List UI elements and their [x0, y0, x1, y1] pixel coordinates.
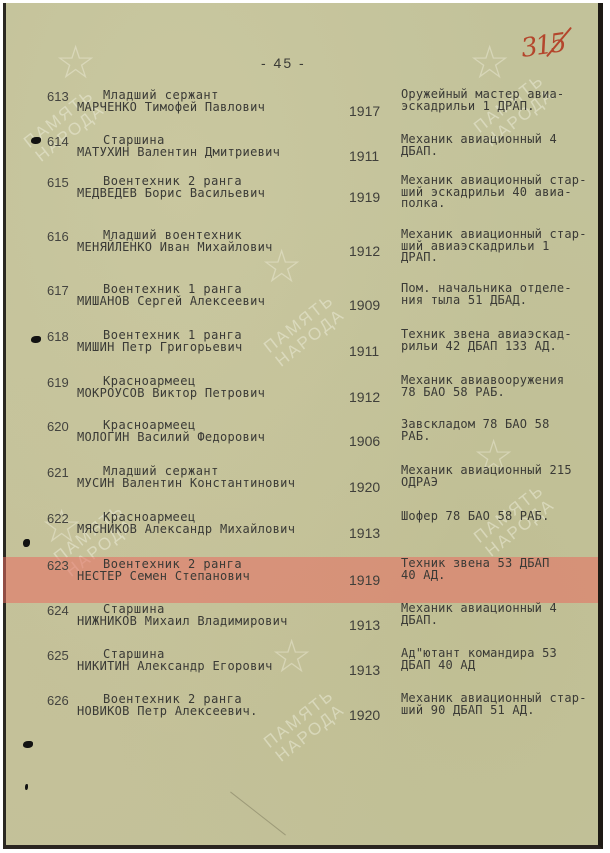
record-birth-year: 1909	[349, 297, 380, 313]
record-row: 626Воентехник 2 рангаНОВИКОВ Петр Алексе…	[3, 693, 603, 741]
record-name: МАРЧЕНКО Тимофей Павлович	[77, 101, 265, 113]
record-row: 616Младший воентехникМЕНЯЙЛЕНКО Иван Мих…	[3, 229, 603, 277]
watermark-star-icon: ☆	[55, 39, 96, 85]
record-position-line: полка.	[401, 198, 591, 210]
record-number: 615	[47, 175, 69, 190]
record-birth-year: 1906	[349, 433, 380, 449]
record-number: 623	[47, 558, 69, 573]
record-birth-year: 1913	[349, 662, 380, 678]
record-number: 621	[47, 465, 69, 480]
record-position-line: ДБАП 40 АД	[401, 660, 591, 672]
record-row: 625СтаршинаНИКИТИН Александр Егорович191…	[3, 648, 603, 696]
record-row: 623Воентехник 2 рангаНЕСТЕР Семен Степан…	[3, 558, 603, 606]
page-number: - 45 -	[261, 55, 306, 71]
record-position: Оружейный мастер авиа-эскадрильи 1 ДРАП.	[401, 89, 591, 112]
record-row: 613Младший сержантМАРЧЕНКО Тимофей Павло…	[3, 89, 603, 137]
record-birth-year: 1919	[349, 572, 380, 588]
record-row: 618Воентехник 1 рангаМИШИН Петр Григорье…	[3, 329, 603, 377]
record-name: НЕСТЕР Семен Степанович	[77, 570, 250, 582]
record-birth-year: 1920	[349, 707, 380, 723]
record-row: 621Младший сержантМУСИН Валентин Констан…	[3, 465, 603, 513]
record-name: МЯСНИКОВ Александр Михайлович	[77, 523, 295, 535]
record-position: Техник звена авиаэскад-рильи 42 ДБАП 133…	[401, 329, 591, 352]
record-position: Механик авиационный 215ОДРАЭ	[401, 465, 591, 488]
record-birth-year: 1911	[349, 148, 379, 164]
record-position: Механик авиационный 4ДБАП.	[401, 603, 591, 626]
record-position-line: ОДРАЭ	[401, 477, 591, 489]
record-birth-year: 1920	[349, 479, 380, 495]
record-position: Пом. начальника отделе-ния тыла 51 ДБАД.	[401, 283, 591, 306]
record-position-line: ДРАП.	[401, 252, 591, 264]
record-birth-year: 1911	[349, 343, 379, 359]
record-position-line: 78 БАО 58 РАБ.	[401, 387, 591, 399]
record-name: МОКРОУСОВ Виктор Петрович	[77, 387, 265, 399]
record-number: 614	[47, 134, 69, 149]
record-position: Механик авиационный стар-ший 90 ДБАП 51 …	[401, 693, 591, 716]
paper-crease	[230, 792, 286, 836]
record-position: Механик авиационный стар-ший авиаэскадри…	[401, 229, 591, 264]
record-name: МАТУХИН Валентин Дмитриевич	[77, 146, 280, 158]
record-birth-year: 1912	[349, 389, 380, 405]
record-number: 619	[47, 375, 69, 390]
record-row: 622КрасноармеецМЯСНИКОВ Александр Михайл…	[3, 511, 603, 559]
record-position-line: ший 90 ДБАП 51 АД.	[401, 705, 591, 717]
record-position: Механик авиавооружения78 БАО 58 РАБ.	[401, 375, 591, 398]
record-birth-year: 1913	[349, 617, 380, 633]
record-name: НОВИКОВ Петр Алексеевич.	[77, 705, 258, 717]
watermark-star-icon: ☆	[469, 39, 510, 85]
record-number: 626	[47, 693, 69, 708]
record-number: 622	[47, 511, 69, 526]
record-birth-year: 1919	[349, 189, 380, 205]
record-birth-year: 1912	[349, 243, 380, 259]
record-name: МИШАНОВ Сергей Алексеевич	[77, 295, 265, 307]
record-position-line: ДБАП.	[401, 146, 591, 158]
record-name: НИКИТИН Александр Егорович	[77, 660, 273, 672]
record-name: МИШИН Петр Григорьевич	[77, 341, 243, 353]
record-number: 618	[47, 329, 69, 344]
record-position-line: ния тыла 51 ДБАД.	[401, 295, 591, 307]
record-row: 615Воентехник 2 рангаМЕДВЕДЕВ Борис Васи…	[3, 175, 603, 223]
record-position: Техник звена 53 ДБАП40 АД.	[401, 558, 591, 581]
record-position-line: эскадрильи 1 ДРАП.	[401, 101, 591, 113]
record-number: 620	[47, 419, 69, 434]
punch-hole-mark	[23, 741, 33, 748]
record-position: Механик авиационный 4ДБАП.	[401, 134, 591, 157]
record-position: Механик авиационный стар-ший эскадрильи …	[401, 175, 591, 210]
record-name: МОЛОГИН Василий Федорович	[77, 431, 265, 443]
record-position-line: ДБАП.	[401, 615, 591, 627]
record-row: 624СтаршинаНИЖНИКОВ Михаил Владимирович1…	[3, 603, 603, 651]
record-birth-year: 1917	[349, 103, 380, 119]
document-page: ☆ ☆ ☆ ☆ ☆ ☆ ПАМЯТЬ НАРОДА ПАМЯТЬ НАРОДА …	[3, 3, 603, 849]
record-row: 619КрасноармеецМОКРОУСОВ Виктор Петрович…	[3, 375, 603, 423]
record-name: МУСИН Валентин Константинович	[77, 477, 295, 489]
record-position: Шофер 78 БАО 58 РАБ.	[401, 511, 591, 523]
record-position: Завскладом 78 БАО 58РАБ.	[401, 419, 591, 442]
record-row: 617Воентехник 1 рангаМИШАНОВ Сергей Алек…	[3, 283, 603, 331]
record-row: 620КрасноармеецМОЛОГИН Василий Федорович…	[3, 419, 603, 467]
record-number: 616	[47, 229, 69, 244]
record-number: 613	[47, 89, 69, 104]
archive-handwritten-mark: 315	[519, 28, 566, 64]
record-position-line: 40 АД.	[401, 570, 591, 582]
record-number: 625	[47, 648, 69, 663]
record-name: НИЖНИКОВ Михаил Владимирович	[77, 615, 288, 627]
record-birth-year: 1913	[349, 525, 380, 541]
record-position-line: РАБ.	[401, 431, 591, 443]
record-name: МЕДВЕДЕВ Борис Васильевич	[77, 187, 265, 199]
record-position-line: Шофер 78 БАО 58 РАБ.	[401, 511, 591, 523]
punch-hole-mark	[25, 784, 28, 790]
record-position: Ад"ютант командира 53ДБАП 40 АД	[401, 648, 591, 671]
record-name: МЕНЯЙЛЕНКО Иван Михайлович	[77, 241, 273, 253]
record-position-line: рильи 42 ДБАП 133 АД.	[401, 341, 591, 353]
record-number: 624	[47, 603, 69, 618]
record-number: 617	[47, 283, 69, 298]
